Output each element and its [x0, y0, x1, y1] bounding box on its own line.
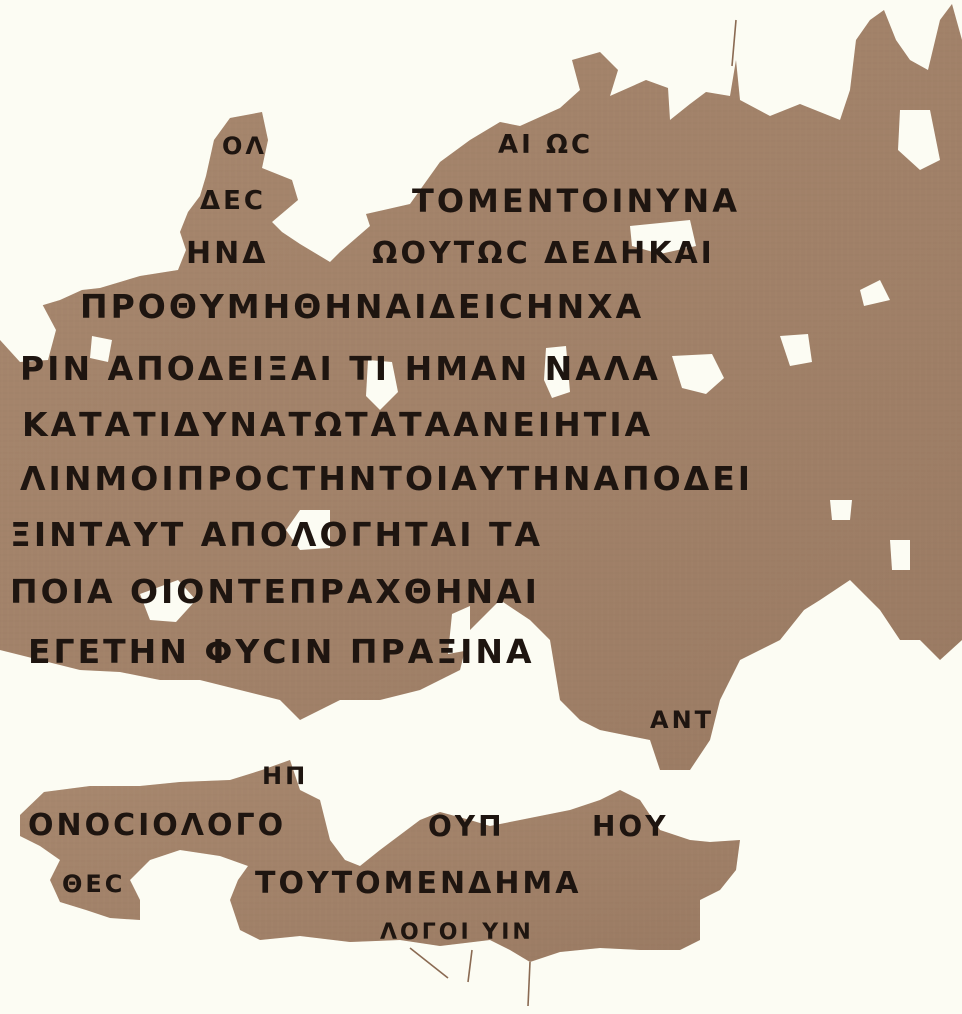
papyrus-text-line: ΟΛ: [222, 132, 267, 160]
papyrus-text-line: ΟΥΠ: [428, 810, 505, 843]
papyrus-text-line: ΤΟΜΕΝΤΟΙΝΥΝΑ: [412, 182, 740, 220]
papyrus-text-line: ΑΙ ΩϹ: [498, 130, 593, 160]
papyrus-text-line: ΟΝΟϹΙΟΛΟΓΟ: [28, 808, 286, 843]
papyrus-fragment-shapes: [0, 0, 962, 1014]
papyrus-photograph: ΟΛ ΑΙ ΩϹ ΔΕϹ ΤΟΜΕΝΤΟΙΝΥΝΑ ΗΝΔ ΩΟΥΤΩϹ ΔΕΔ…: [0, 0, 962, 1014]
papyrus-text-line: ΛΙΝΜΟΙΠΡΟϹΤΗΝΤΟΙΑΥΤΗΝΑΠΟΔΕΙ: [20, 459, 753, 498]
papyrus-text-line: ΔΕϹ: [200, 186, 266, 216]
papyrus-text-line: ΘΕϹ: [62, 870, 125, 898]
papyrus-text-line: ΠΟΙΑ ΟΙΟΝΤΕΠΡΑΧΘΗΝΑΙ: [10, 572, 540, 611]
papyrus-text-line: ΩΟΥΤΩϹ ΔΕΔΗΚΑΙ: [372, 236, 715, 271]
papyrus-text-line: ΕΓΕΤΗΝ ΦΥϹΙΝ ΠΡΑΞΙΝΑ: [28, 632, 535, 671]
papyrus-text-line: ΤΟΥΤΟΜΕΝΔΗΜΑ: [255, 866, 582, 901]
papyrus-text-line: ΛΟΓΟΙ ΥΙΝ: [380, 920, 534, 945]
papyrus-text-line: ΗΠ: [262, 762, 308, 790]
papyrus-text-line: ΠΡΟΘΥΜΗΘΗΝΑΙΔΕΙϹΗΝΧΑ: [80, 287, 644, 326]
papyrus-text-line: ΑΝΤ: [650, 706, 714, 734]
papyrus-text-line: ΡΙΝ ΑΠΟΔΕΙΞΑΙ ΤΙ ΗΜΑΝ ΝΑΛΑ: [20, 349, 661, 388]
papyrus-text-line: ΞΙΝΤΑΥΤ ΑΠΟΛΟΓΗΤΑΙ ΤΑ: [10, 515, 543, 554]
papyrus-text-line: ΗΟΥ: [592, 810, 669, 843]
papyrus-text-line: ΚΑΤΑΤΙΔΥΝΑΤΩΤΑΤΑΑΝΕΙΗΤΙΑ: [22, 405, 653, 444]
papyrus-text-line: ΗΝΔ: [186, 236, 268, 271]
